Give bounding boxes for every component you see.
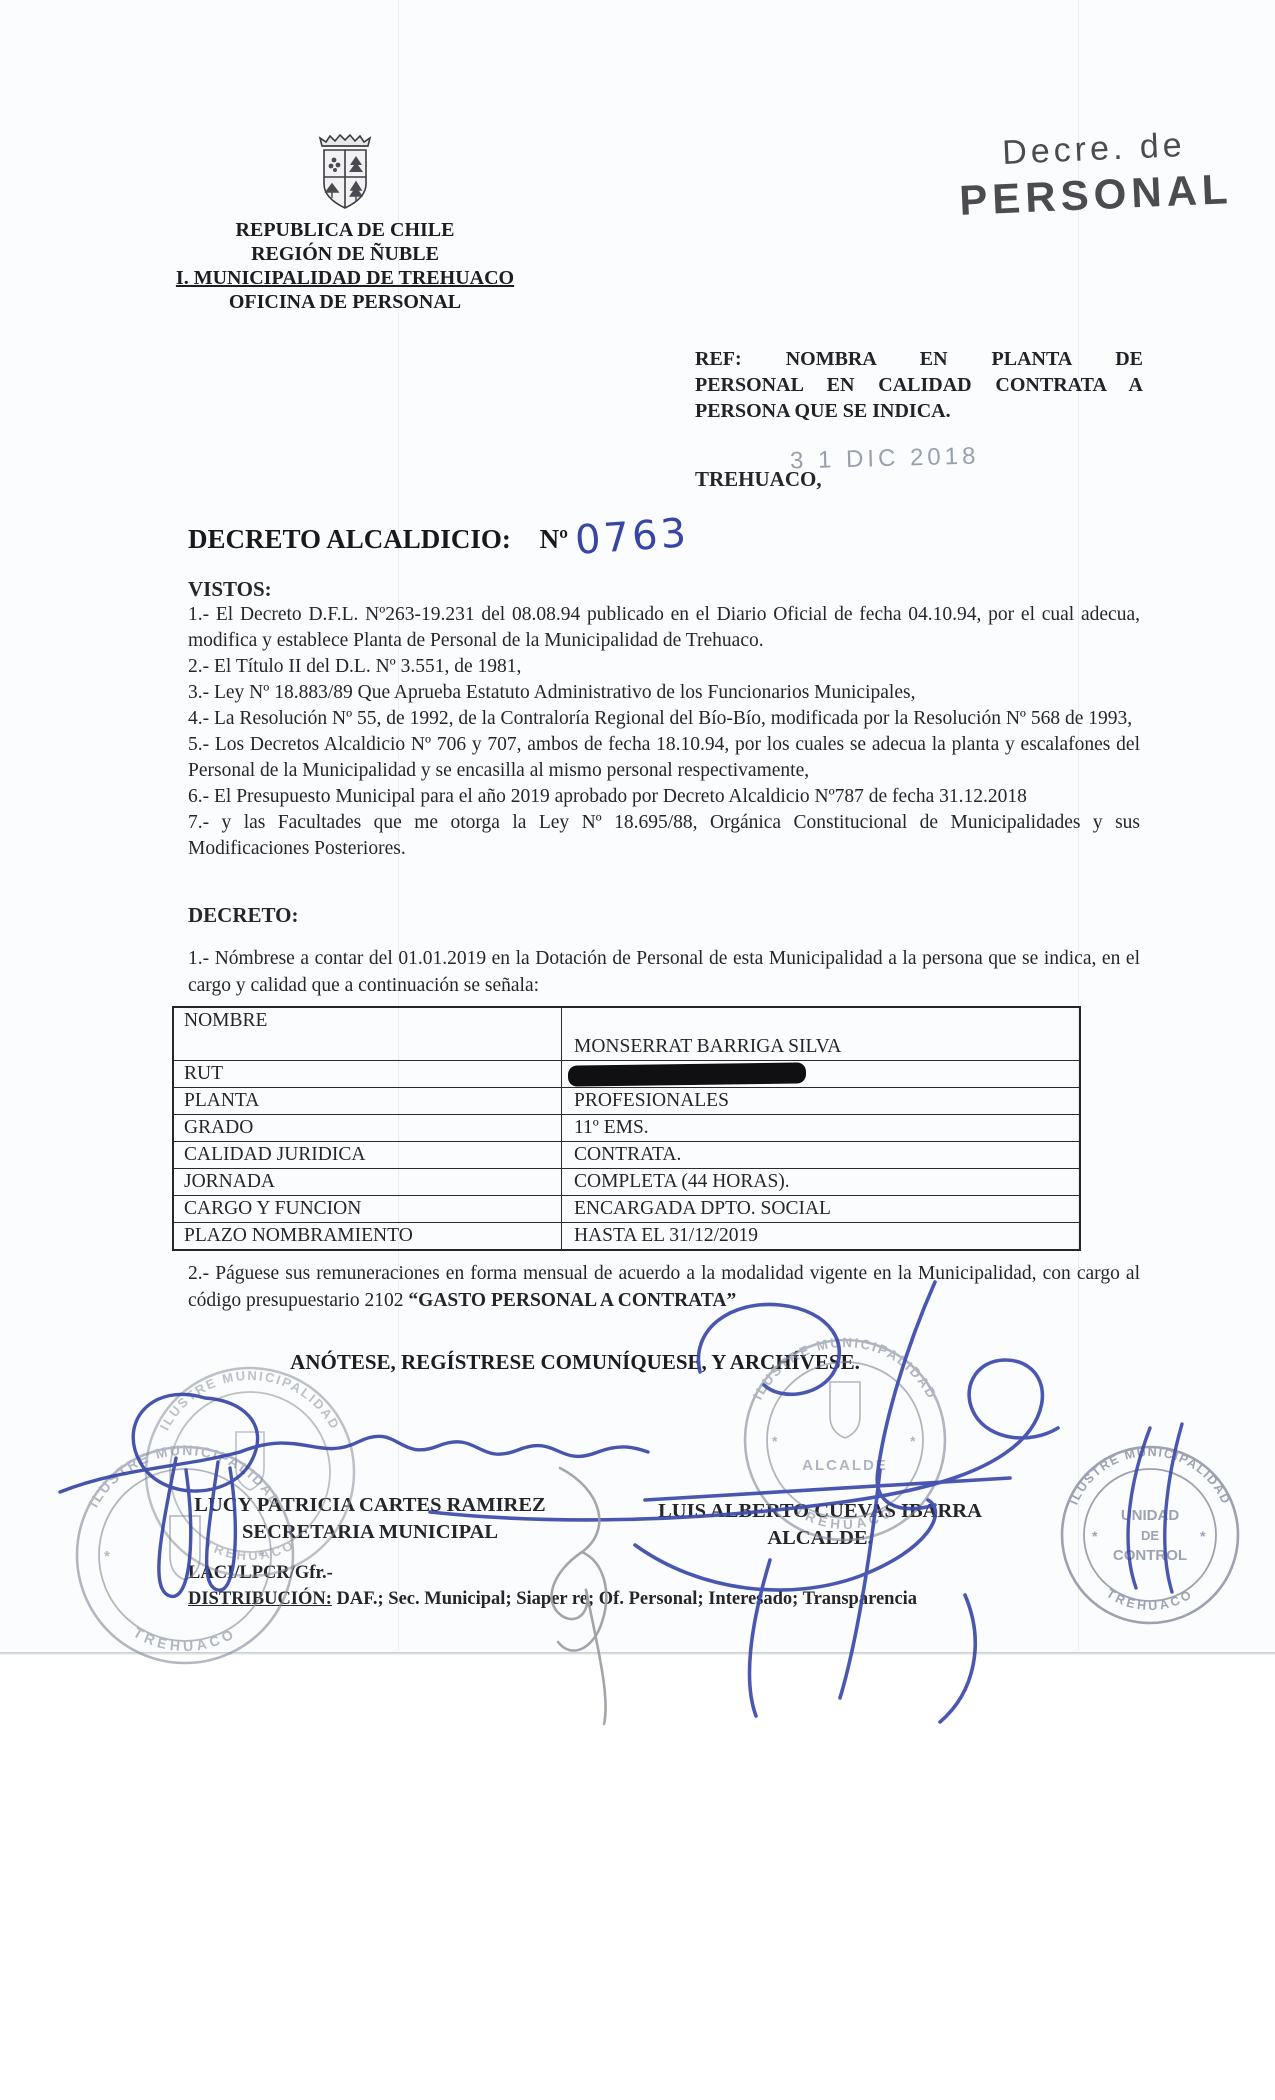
table-label: PLAZO NOMBRAMIENTO: [174, 1223, 562, 1249]
letterhead-office: OFICINA DE PERSONAL: [135, 290, 555, 314]
table-value: 11º EMS.: [562, 1115, 1079, 1141]
table-label: JORNADA: [174, 1169, 562, 1195]
distribution-text: DAF.; Sec. Municipal; Siaper re; Of. Per…: [332, 1589, 917, 1609]
alcalde-name: LUIS ALBERTO CUEVAS IBARRA: [620, 1498, 1020, 1525]
vistos-heading: VISTOS:: [188, 577, 272, 602]
decree-title-line: DECRETO ALCALDICIO: Nº 0763: [188, 512, 689, 558]
scanned-decree-page: { "header": { "country": "REPUBLICA DE C…: [0, 0, 1275, 2100]
reference-line: PERSONA QUE SE INDICA.: [695, 398, 1143, 424]
decree-number-label: Nº: [540, 524, 568, 554]
distribution-line: DISTRIBUCIÓN: DAF.; Sec. Municipal; Siap…: [188, 1589, 917, 1610]
table-label: CARGO Y FUNCION: [174, 1196, 562, 1222]
letterhead-municipality: I. MUNICIPALIDAD DE TREHUACO: [135, 266, 555, 290]
decreto-paragraph-2: 2.- Páguese sus remuneraciones en forma …: [188, 1260, 1140, 1314]
secretaria-name: LUCY PATRICIA CARTES RAMIREZ: [160, 1492, 580, 1519]
document-letterhead: REPUBLICA DE CHILE REGIÓN DE ÑUBLE I. MU…: [135, 218, 555, 314]
table-value: [562, 1061, 1079, 1087]
reference-block: REF: NOMBRA EN PLANTA DE PERSONAL EN CAL…: [695, 346, 1143, 424]
personal-decree-stamp: Decre. de PERSONAL: [928, 123, 1262, 226]
letterhead-region: REGIÓN DE ÑUBLE: [135, 242, 555, 266]
reference-line: PERSONAL EN CALIDAD CONTRATA A: [695, 372, 1143, 398]
reference-line: REF: NOMBRA EN PLANTA DE: [695, 346, 1143, 372]
table-label: CALIDAD JURIDICA: [174, 1142, 562, 1168]
vistos-item: 5.- Los Decretos Alcaldicio Nº 706 y 707…: [188, 732, 1140, 784]
vistos-item: 4.- La Resolución Nº 55, de 1992, de la …: [188, 706, 1140, 732]
table-row: RUT: [174, 1060, 1079, 1087]
appointment-table: NOMBRE MONSERRAT BARRIGA SILVA RUT PLANT…: [172, 1006, 1081, 1251]
municipal-coat-of-arms-icon: [312, 132, 378, 218]
decreto-paragraph-1: 1.- Nómbrese a contar del 01.01.2019 en …: [188, 945, 1140, 999]
table-value: CONTRATA.: [562, 1142, 1079, 1168]
page-bottom-edge: [0, 1652, 1275, 1655]
table-row: PLAZO NOMBRAMIENTO HASTA EL 31/12/2019: [174, 1222, 1079, 1249]
alcalde-title: ALCALDE.: [620, 1525, 1020, 1552]
table-value: ENCARGADA DPTO. SOCIAL: [562, 1196, 1079, 1222]
letterhead-country: REPUBLICA DE CHILE: [135, 218, 555, 242]
table-value: PROFESIONALES: [562, 1088, 1079, 1114]
vistos-item: 7.- y las Facultades que me otorga la Le…: [188, 810, 1140, 862]
table-row: CALIDAD JURIDICA CONTRATA.: [174, 1141, 1079, 1168]
secretaria-title: SECRETARIA MUNICIPAL: [160, 1519, 580, 1546]
paragraph-2-bold: “GASTO PERSONAL A CONTRATA”: [408, 1290, 736, 1311]
signature-block-alcalde: LUIS ALBERTO CUEVAS IBARRA ALCALDE.: [620, 1498, 1020, 1552]
rut-redaction-bar: [568, 1062, 806, 1086]
closing-formula: ANÓTESE, REGÍSTRESE COMUNÍQUESE, Y ARCHÍ…: [230, 1350, 920, 1375]
decree-number-handwritten: 0763: [573, 510, 690, 564]
table-row: JORNADA COMPLETA (44 HORAS).: [174, 1168, 1079, 1195]
table-label: PLANTA: [174, 1088, 562, 1114]
decree-title: DECRETO ALCALDICIO:: [188, 524, 511, 554]
place-line: TREHUACO,: [695, 467, 822, 492]
table-value: COMPLETA (44 HORAS).: [562, 1169, 1079, 1195]
signature-block-secretaria: LUCY PATRICIA CARTES RAMIREZ SECRETARIA …: [160, 1492, 580, 1546]
vistos-item: 2.- El Título II del D.L. Nº 3.551, de 1…: [188, 654, 1140, 680]
distribution-label: DISTRIBUCIÓN:: [188, 1589, 332, 1609]
table-row: PLANTA PROFESIONALES: [174, 1087, 1079, 1114]
vistos-item: 6.- El Presupuesto Municipal para el año…: [188, 784, 1140, 810]
table-label: GRADO: [174, 1115, 562, 1141]
vistos-item: 1.- El Decreto D.F.L. Nº263-19.231 del 0…: [188, 602, 1140, 654]
table-value: MONSERRAT BARRIGA SILVA: [562, 1008, 1079, 1060]
vistos-list: 1.- El Decreto D.F.L. Nº263-19.231 del 0…: [188, 602, 1140, 862]
table-row: GRADO 11º EMS.: [174, 1114, 1079, 1141]
vistos-item: 3.- Ley Nº 18.883/89 Que Aprueba Estatut…: [188, 680, 1140, 706]
decreto-heading: DECRETO:: [188, 903, 298, 928]
table-row: NOMBRE MONSERRAT BARRIGA SILVA: [174, 1008, 1079, 1060]
clerk-initials: LACI/LPCR/Gfr.-: [188, 1563, 333, 1584]
table-label: RUT: [174, 1061, 562, 1087]
table-row: CARGO Y FUNCION ENCARGADA DPTO. SOCIAL: [174, 1195, 1079, 1222]
table-label: NOMBRE: [174, 1008, 562, 1060]
table-value: HASTA EL 31/12/2019: [562, 1223, 1079, 1249]
